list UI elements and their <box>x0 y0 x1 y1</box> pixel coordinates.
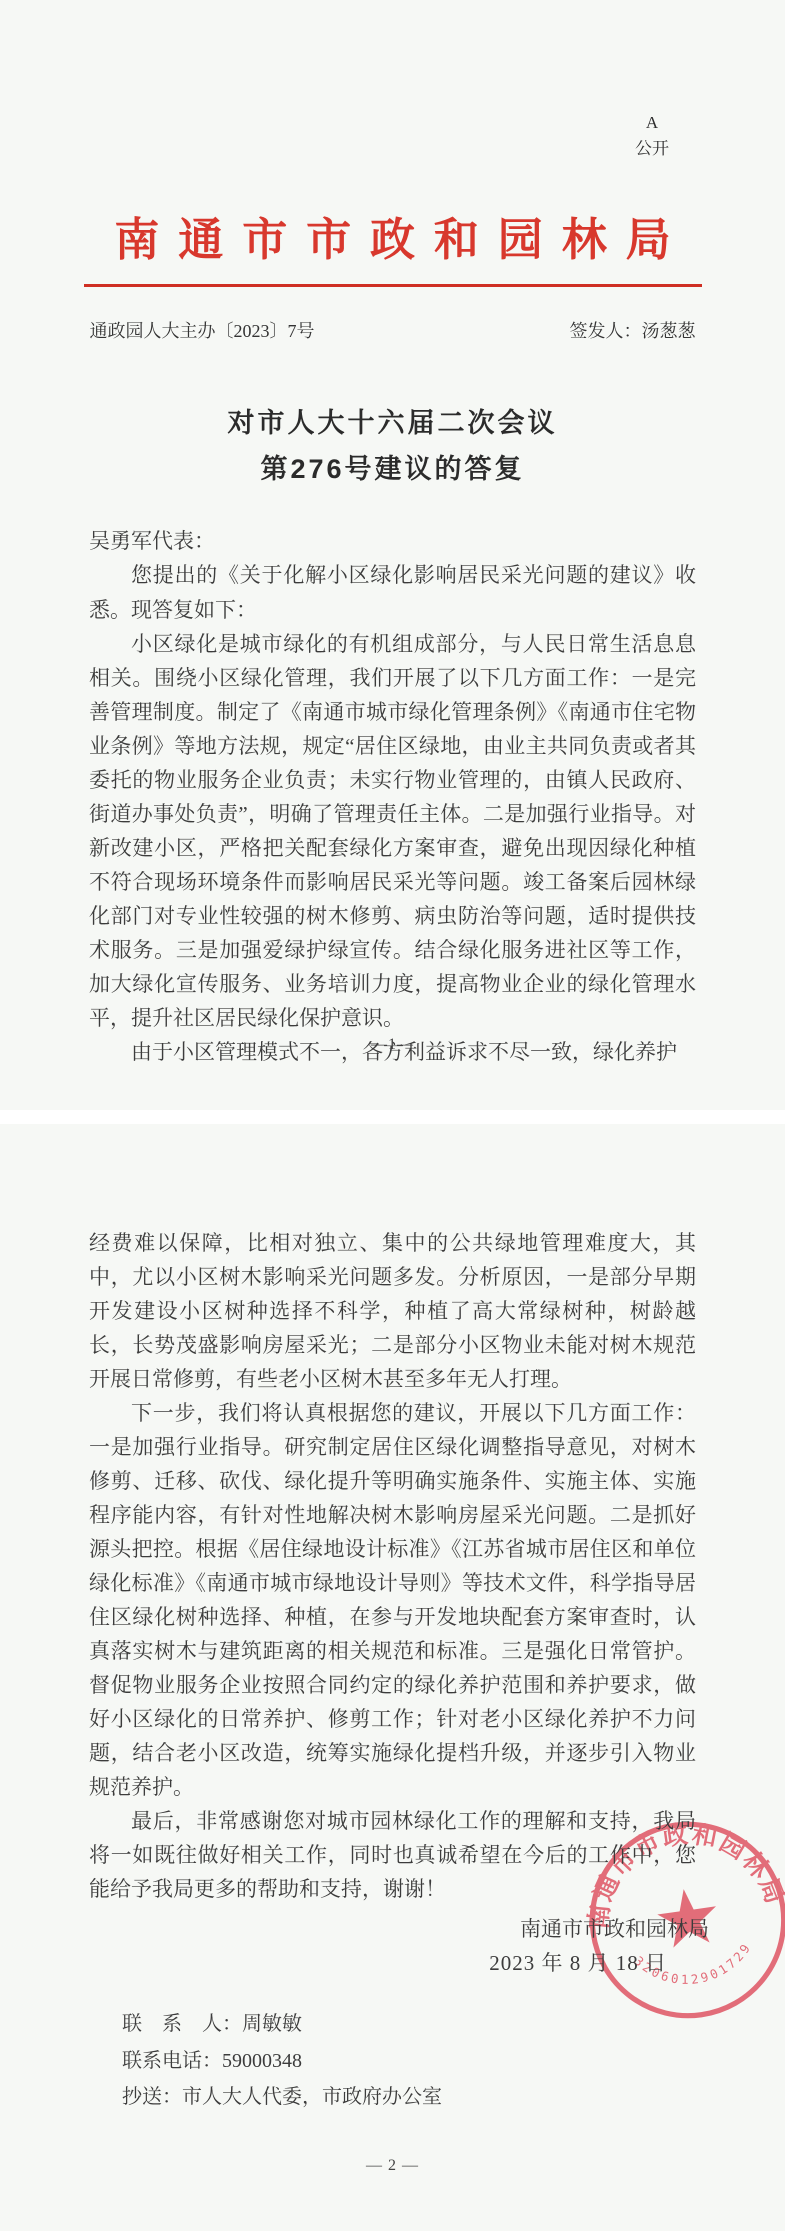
corner-grade: A <box>635 110 669 136</box>
contact-block: 联 系 人：周敏敏 联系电话：59000348 抄送：市人大人代委，市政府办公室 <box>122 2006 785 2115</box>
salutation: 吴勇军代表： <box>89 524 696 558</box>
page-number-2: — 2 — <box>0 2157 785 2175</box>
contact-phone: 联系电话：59000348 <box>122 2043 785 2079</box>
signature-block: 南通市市政和园林局 2023 年 8 月 18 日 <box>0 1912 785 1980</box>
corner-visibility: 公开 <box>635 136 669 162</box>
red-divider <box>84 284 702 287</box>
reply-title-line-2: 第276号建议的答复 <box>0 447 785 493</box>
document-page-1: A 公开 南通市市政和园林局 通政园人大主办〔2023〕7号 签发人：汤葱葱 对… <box>0 0 785 1110</box>
signature-agency: 南通市市政和园林局 <box>0 1912 785 1946</box>
page-separator <box>0 1110 785 1124</box>
agency-header: 南通市市政和园林局 <box>0 203 785 268</box>
scanned-document: A 公开 南通市市政和园林局 通政园人大主办〔2023〕7号 签发人：汤葱葱 对… <box>0 0 785 2231</box>
page-number-1: —1— <box>0 1036 785 1054</box>
signer: 签发人：汤葱葱 <box>570 317 696 343</box>
contact-person: 联 系 人：周敏敏 <box>122 2006 785 2042</box>
body-paragraph: 最后，非常感谢您对城市园林绿化工作的理解和支持，我局将一如既往做好相关工作，同时… <box>89 1804 696 1906</box>
reply-title: 对市人大十六届二次会议 第276号建议的答复 <box>0 401 785 493</box>
page1-body: 吴勇军代表： 您提出的《关于化解小区绿化影响居民采光问题的建议》收悉。现答复如下… <box>89 524 696 1068</box>
reply-title-line-1: 对市人大十六届二次会议 <box>0 401 785 447</box>
body-paragraph: 小区绿化是城市绿化的有机组成部分，与人民日常生活息息相关。围绕小区绿化管理，我们… <box>89 627 696 1035</box>
corner-classification: A 公开 <box>0 0 785 163</box>
body-paragraph: 您提出的《关于化解小区绿化影响居民采光问题的建议》收悉。现答复如下： <box>89 558 696 626</box>
document-page-2: 经费难以保障，比相对独立、集中的公共绿地管理难度大，其中，尤以小区树木影响采光问… <box>0 1124 785 2231</box>
contact-cc: 抄送：市人大人代委，市政府办公室 <box>122 2079 785 2115</box>
body-paragraph: 经费难以保障，比相对独立、集中的公共绿地管理难度大，其中，尤以小区树木影响采光问… <box>89 1226 696 1396</box>
document-info-row: 通政园人大主办〔2023〕7号 签发人：汤葱葱 <box>90 317 696 343</box>
body-paragraph: 下一步，我们将认真根据您的建议，开展以下几方面工作：一是加强行业指导。研究制定居… <box>89 1396 696 1804</box>
page2-body: 经费难以保障，比相对独立、集中的公共绿地管理难度大，其中，尤以小区树木影响采光问… <box>89 1124 696 1906</box>
doc-number: 通政园人大主办〔2023〕7号 <box>90 317 315 343</box>
signature-date: 2023 年 8 月 18 日 <box>0 1946 785 1980</box>
